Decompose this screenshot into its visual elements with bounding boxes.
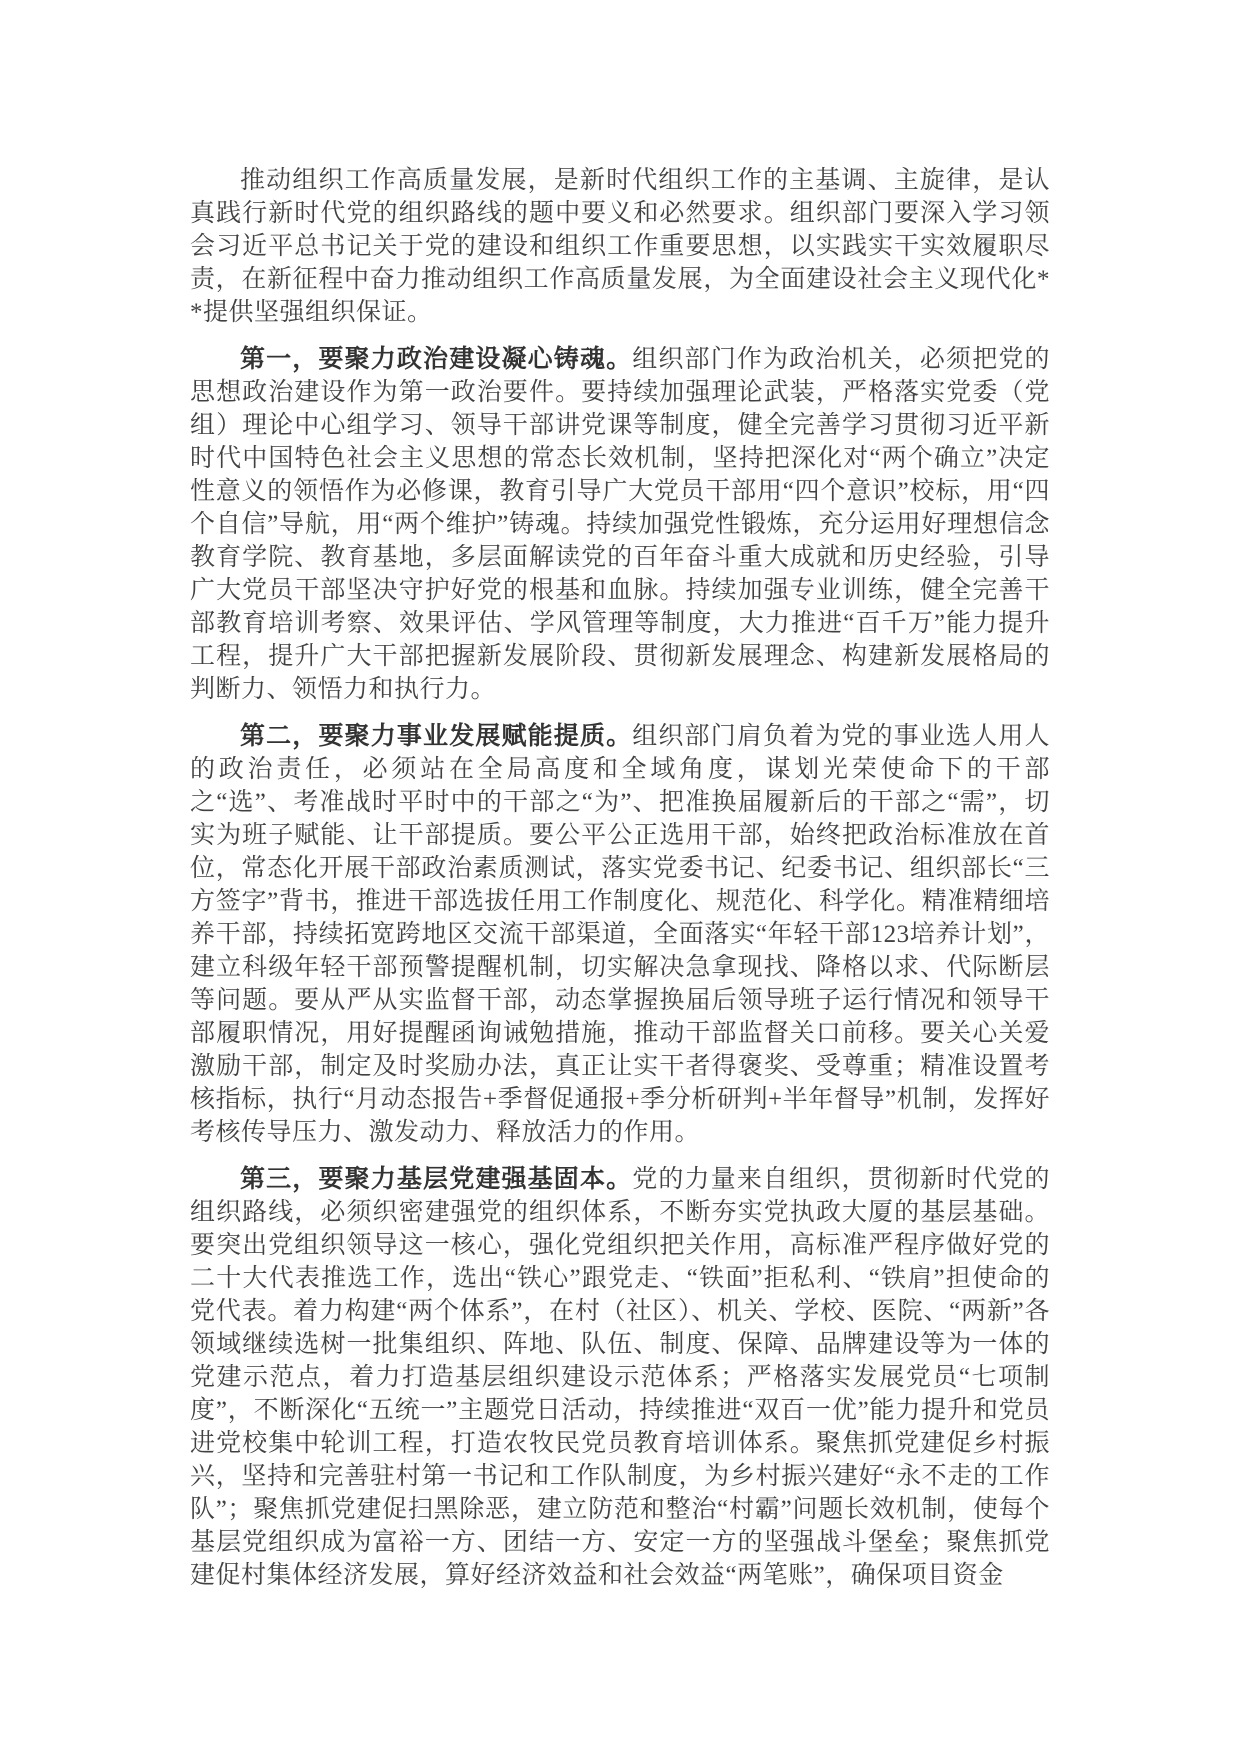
paragraph-point-1: 第一，要聚力政治建设凝心铸魂。组织部门作为政治机关，必须把党的思想政治建设作为第…: [190, 343, 1050, 706]
paragraph-text: 推动组织工作高质量发展，是新时代组织工作的主基调、主旋律，是认真践行新时代党的组…: [190, 167, 1050, 326]
paragraph-point-3: 第三，要聚力基层党建强基固本。党的力量来自组织，贯彻新时代党的组织路线，必须织密…: [190, 1163, 1050, 1592]
paragraph-intro: 推动组织工作高质量发展，是新时代组织工作的主基调、主旋律，是认真践行新时代党的组…: [190, 164, 1050, 329]
paragraph-lead: 第一，要聚力政治建设凝心铸魂。: [240, 346, 632, 373]
paragraph-point-2: 第二，要聚力事业发展赋能提质。组织部门肩负着为党的事业选人用人的政治责任，必须站…: [190, 720, 1050, 1149]
paragraph-lead: 第二，要聚力事业发展赋能提质。: [240, 723, 632, 750]
paragraph-text: 党的力量来自组织，贯彻新时代党的组织路线，必须织密建强党的组织体系，不断夯实党执…: [190, 1166, 1050, 1589]
paragraph-lead: 第三，要聚力基层党建强基固本。: [240, 1166, 632, 1193]
paragraph-text: 组织部门作为政治机关，必须把党的思想政治建设作为第一政治要件。要持续加强理论武装…: [190, 346, 1050, 703]
document-page: 推动组织工作高质量发展，是新时代组织工作的主基调、主旋律，是认真践行新时代党的组…: [0, 0, 1240, 1754]
paragraph-text: 组织部门肩负着为党的事业选人用人的政治责任，必须站在全局高度和全域角度，谋划光荣…: [190, 723, 1050, 1146]
